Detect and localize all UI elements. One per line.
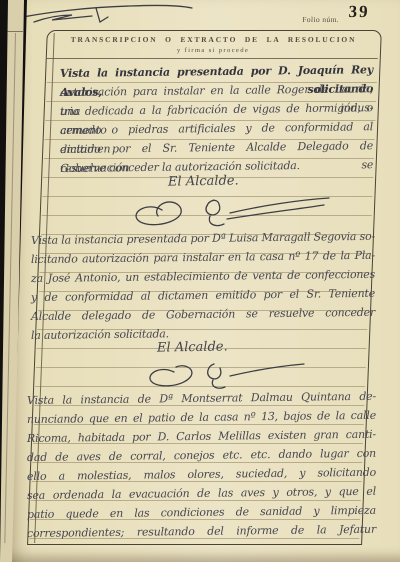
previous-page-rule [4,33,16,543]
previous-page-rule [7,31,23,32]
scanned-register-page: Folio núm. 39 TRANSCRIPCION O EXTRACTO D… [0,0,400,562]
folio-label: Folio núm. [302,15,339,24]
header-underline [47,58,378,59]
column-header-title: TRANSCRIPCION O EXTRACTO DE LA RESOLUCIO… [58,35,368,44]
folio-number: 39 [348,2,370,22]
column-header-subtitle: y firma si procede [58,47,368,54]
register-sheet: Folio núm. 39 TRANSCRIPCION O EXTRACTO D… [0,0,400,562]
